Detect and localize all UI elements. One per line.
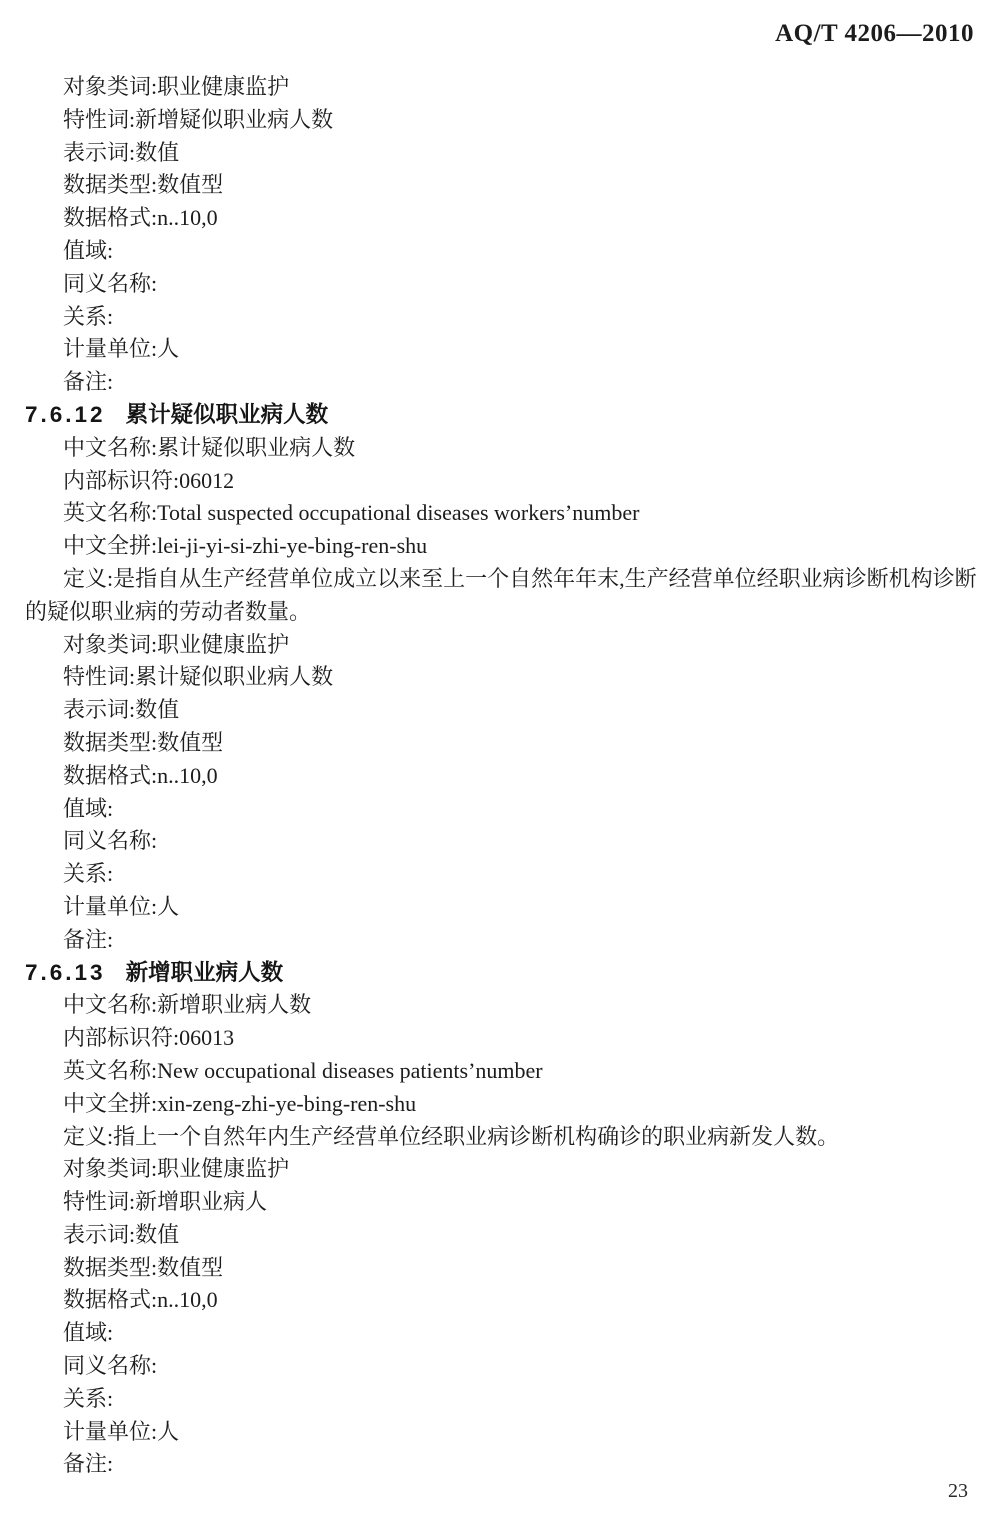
field-line: 英文名称:New occupational diseases patients’… [25,1055,977,1088]
field-line: 数据类型:数值型 [25,727,977,760]
section-title: 新增职业病人数 [126,960,284,985]
field-line: 计量单位:人 [25,891,977,924]
field-line: 关系: [25,301,977,334]
section-number: 7.6.13 [25,960,106,985]
field-line: 中文名称:累计疑似职业病人数 [25,432,977,465]
field-line: 内部标识符:06013 [25,1022,977,1055]
section-7-6-13-heading: 7.6.13新增职业病人数 [25,957,977,990]
field-line: 值域: [25,235,977,268]
field-line: 数据格式:n..10,0 [25,1284,977,1317]
field-line: 计量单位:人 [25,333,977,366]
field-line: 备注: [25,924,977,957]
field-line: 数据格式:n..10,0 [25,202,977,235]
field-line: 数据类型:数值型 [25,1252,977,1285]
field-line: 特性词:新增职业病人 [25,1186,977,1219]
field-line: 关系: [25,858,977,891]
page-number: 23 [948,1480,968,1503]
field-line: 特性词:累计疑似职业病人数 [25,661,977,694]
field-line: 数据类型:数值型 [25,169,977,202]
field-line: 数据格式:n..10,0 [25,760,977,793]
section-7-6-12-heading: 7.6.12累计疑似职业病人数 [25,399,977,432]
field-line: 对象类词:职业健康监护 [25,1153,977,1186]
field-line: 英文名称:Total suspected occupational diseas… [25,497,977,530]
definition-paragraph: 定义:指上一个自然年内生产经营单位经职业病诊断机构确诊的职业病新发人数。 [25,1121,977,1154]
field-line: 备注: [25,1448,977,1481]
field-line: 备注: [25,366,977,399]
field-line: 值域: [25,793,977,826]
field-line: 同义名称: [25,825,977,858]
field-line: 中文名称:新增职业病人数 [25,989,977,1022]
field-line: 中文全拼:lei-ji-yi-si-zhi-ye-bing-ren-shu [25,530,977,563]
page-content: 对象类词:职业健康监护 特性词:新增疑似职业病人数 表示词:数值 数据类型:数值… [25,71,977,1481]
field-line: 同义名称: [25,1350,977,1383]
field-line: 同义名称: [25,268,977,301]
field-line: 表示词:数值 [25,137,977,170]
field-line: 内部标识符:06012 [25,465,977,498]
field-line: 关系: [25,1383,977,1416]
document-page: AQ/T 4206—2010 对象类词:职业健康监护 特性词:新增疑似职业病人数… [0,0,1002,1530]
field-line: 特性词:新增疑似职业病人数 [25,104,977,137]
section-number: 7.6.12 [25,402,106,427]
standard-code-header: AQ/T 4206—2010 [775,20,974,48]
section-title: 累计疑似职业病人数 [126,402,329,427]
definition-paragraph: 定义:是指自从生产经营单位成立以来至上一个自然年年末,生产经营单位经职业病诊断机… [25,563,977,629]
field-line: 对象类词:职业健康监护 [25,629,977,662]
field-line: 计量单位:人 [25,1416,977,1449]
field-line: 表示词:数值 [25,1219,977,1252]
field-line: 表示词:数值 [25,694,977,727]
field-line: 值域: [25,1317,977,1350]
field-line: 对象类词:职业健康监护 [25,71,977,104]
field-line: 中文全拼:xin-zeng-zhi-ye-bing-ren-shu [25,1088,977,1121]
